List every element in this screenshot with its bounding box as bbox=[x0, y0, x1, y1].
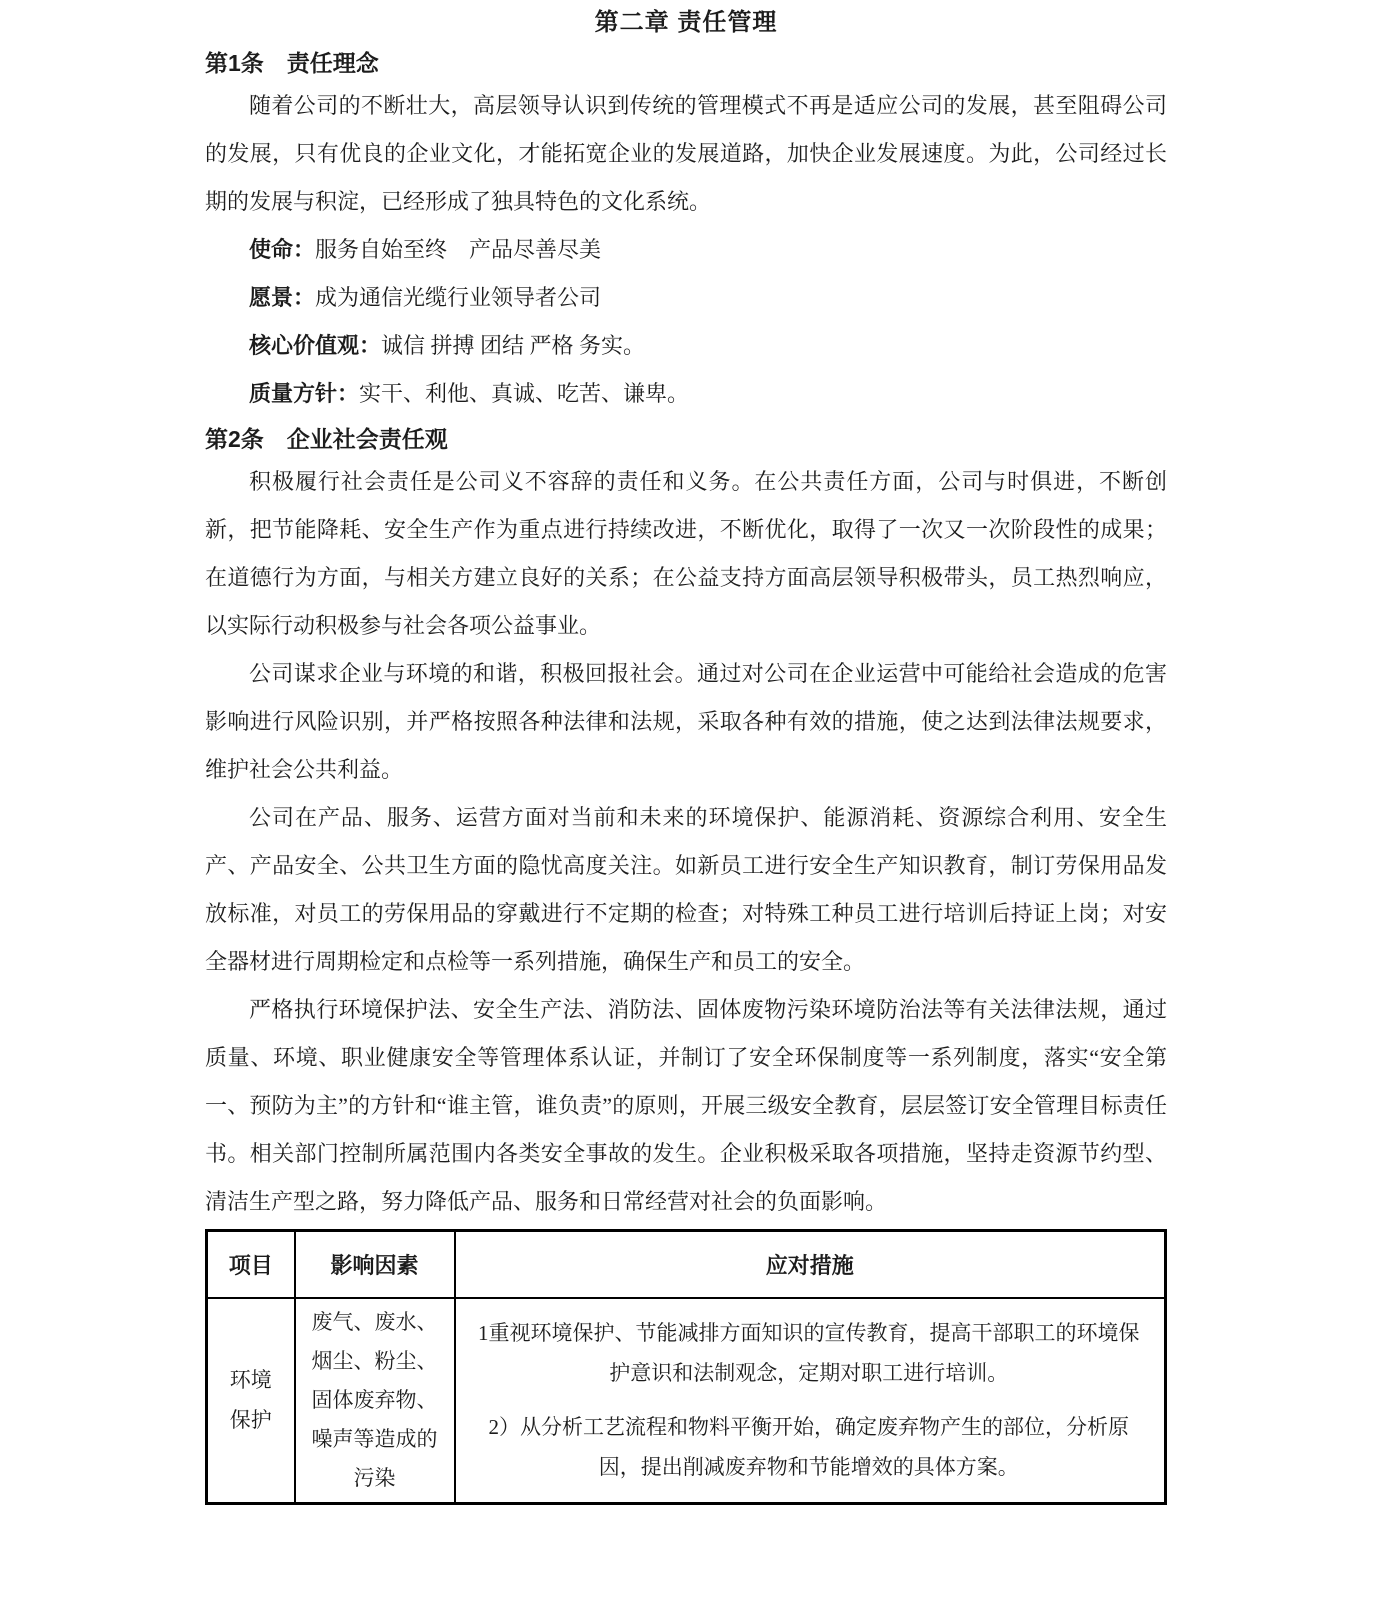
article2-heading: 第2条 企业社会责任观 bbox=[205, 418, 1167, 458]
column-header-measures: 应对措施 bbox=[455, 1231, 1166, 1298]
article2-paragraph-3: 公司在产品、服务、运营方面对当前和未来的环境保护、能源消耗、资源综合利用、安全生… bbox=[205, 794, 1167, 986]
article1-heading: 第1条 责任理念 bbox=[205, 42, 1167, 82]
core-values-text: 诚信 拼搏 团结 严格 务实。 bbox=[381, 333, 645, 358]
measure-2: 2）从分析工艺流程和物料平衡开始，确定废弃物产生的部位，分析原因，提出削减废弃物… bbox=[470, 1407, 1149, 1487]
mission-label: 使命： bbox=[249, 237, 315, 262]
quality-policy-line: 质量方针：实干、利他、真诚、吃苦、谦卑。 bbox=[205, 370, 1167, 418]
table-header-row: 项目 影响因素 应对措施 bbox=[207, 1231, 1166, 1298]
responsibility-table: 项目 影响因素 应对措施 环境保护 废气、废水、烟尘、粉尘、固体废弃物、噪声等造… bbox=[205, 1229, 1167, 1505]
core-values-label: 核心价值观： bbox=[249, 333, 381, 358]
mission-line: 使命：服务自始至终 产品尽善尽美 bbox=[205, 226, 1167, 274]
item-text: 环境保护 bbox=[228, 1360, 274, 1440]
document-page: 第二章 责任管理 第1条 责任理念 随着公司的不断壮大，高层领导认识到传统的管理… bbox=[0, 0, 1381, 1600]
quality-policy-text: 实干、利他、真诚、吃苦、谦卑。 bbox=[359, 381, 689, 406]
cell-item-environment: 环境保护 bbox=[207, 1298, 295, 1504]
vision-label: 愿景： bbox=[249, 285, 315, 310]
mission-text: 服务自始至终 产品尽善尽美 bbox=[315, 237, 601, 262]
article2-paragraph-4: 严格执行环境保护法、安全生产法、消防法、固体废物污染环境防治法等有关法律法规，通… bbox=[205, 986, 1167, 1226]
core-values-line: 核心价值观：诚信 拼搏 团结 严格 务实。 bbox=[205, 322, 1167, 370]
vision-text: 成为通信光缆行业领导者公司 bbox=[315, 285, 601, 310]
quality-policy-label: 质量方针： bbox=[249, 381, 359, 406]
column-header-factors: 影响因素 bbox=[295, 1231, 455, 1298]
cell-measures-environment: 1重视环境保护、节能减排方面知识的宣传教育，提高干部职工的环境保护意识和法制观念… bbox=[455, 1298, 1166, 1504]
measure-1: 1重视环境保护、节能减排方面知识的宣传教育，提高干部职工的环境保护意识和法制观念… bbox=[470, 1313, 1149, 1393]
table-row: 环境保护 废气、废水、烟尘、粉尘、固体废弃物、噪声等造成的污染 1重视环境保护、… bbox=[207, 1298, 1166, 1504]
article2-paragraph-1: 积极履行社会责任是公司义不容辞的责任和义务。在公共责任方面，公司与时俱进，不断创… bbox=[205, 458, 1167, 650]
cell-factors-environment: 废气、废水、烟尘、粉尘、固体废弃物、噪声等造成的污染 bbox=[295, 1298, 455, 1504]
column-header-item: 项目 bbox=[207, 1231, 295, 1298]
vision-line: 愿景：成为通信光缆行业领导者公司 bbox=[205, 274, 1167, 322]
article2-paragraph-2: 公司谋求企业与环境的和谐，积极回报社会。通过对公司在企业运营中可能给社会造成的危… bbox=[205, 650, 1167, 794]
article1-intro-paragraph: 随着公司的不断壮大，高层领导认识到传统的管理模式不再是适应公司的发展，甚至阻碍公… bbox=[205, 82, 1167, 226]
chapter-title: 第二章 责任管理 bbox=[205, 0, 1167, 42]
